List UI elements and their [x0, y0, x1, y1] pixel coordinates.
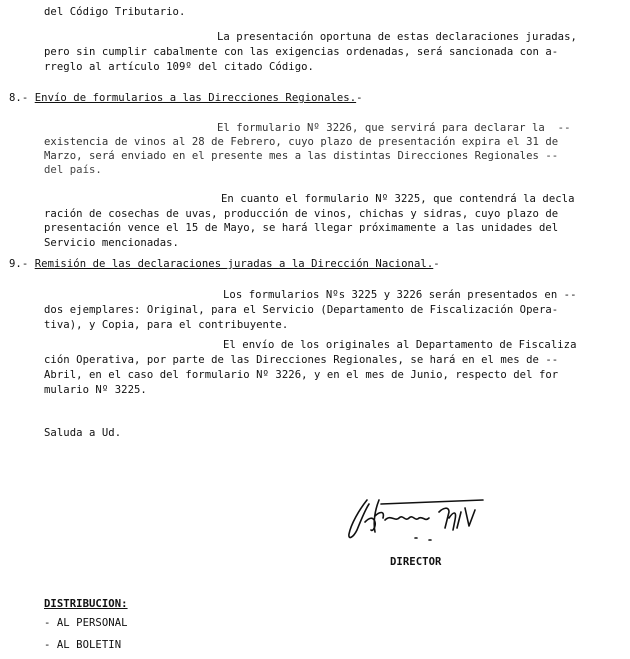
paragraph-line: dos ejemplares: Original, para el Servic… — [44, 304, 558, 316]
section-9-heading: 9.- Remisión de las declaraciones jurada… — [9, 258, 440, 270]
paragraph-line: ción Operativa, por parte de las Direcci… — [44, 354, 558, 366]
paragraph-line: mulario Nº 3225. — [44, 384, 147, 396]
section-suffix: - — [356, 92, 362, 104]
distribution-item: - AL PERSONAL — [44, 617, 128, 629]
signatory-title: DIRECTOR — [390, 556, 441, 568]
section-suffix: - — [433, 258, 439, 270]
distribution-item: - AL BOLETIN — [44, 639, 121, 651]
paragraph-line: ración de cosechas de uvas, producción d… — [44, 208, 558, 220]
paragraph-line: El formulario Nº 3226, que servirá para … — [217, 122, 571, 134]
paragraph-line: tiva), y Copia, para el contribuyente. — [44, 319, 288, 331]
paragraph-line: La presentación oportuna de estas declar… — [217, 31, 577, 43]
section-number: 9.- — [9, 258, 35, 270]
paragraph-line: El envío de los originales al Departamen… — [223, 339, 577, 351]
paragraph-line: Servicio mencionadas. — [44, 237, 179, 249]
paragraph-line: En cuanto el formulario Nº 3225, que con… — [221, 193, 575, 205]
intro-line: del Código Tributario. — [44, 6, 185, 18]
section-title: Envío de formularios a las Direcciones R… — [35, 92, 356, 104]
paragraph-line: presentación vence el 15 de Mayo, se har… — [44, 222, 558, 234]
paragraph-line: Abril, en el caso del formulario Nº 3226… — [44, 369, 558, 381]
paragraph-line: pero sin cumplir cabalmente con las exig… — [44, 46, 558, 58]
section-number: 8.- — [9, 92, 35, 104]
section-title: Remisión de las declaraciones juradas a … — [35, 258, 434, 270]
distribution-label: DISTRIBUCION: — [44, 598, 128, 610]
paragraph-line: Los formularios Nºs 3225 y 3226 serán pr… — [223, 289, 577, 301]
paragraph-line: existencia de vinos al 28 de Febrero, cu… — [44, 136, 558, 148]
closing-salutation: Saluda a Ud. — [44, 427, 121, 439]
paragraph-line: rreglo al artículo 109º del citado Códig… — [44, 61, 314, 73]
paragraph-line: Marzo, será enviado en el presente mes a… — [44, 150, 558, 162]
paragraph-line: del país. — [44, 164, 102, 176]
signature-icon — [345, 494, 485, 547]
section-8-heading: 8.- Envío de formularios a las Direccion… — [9, 92, 363, 104]
